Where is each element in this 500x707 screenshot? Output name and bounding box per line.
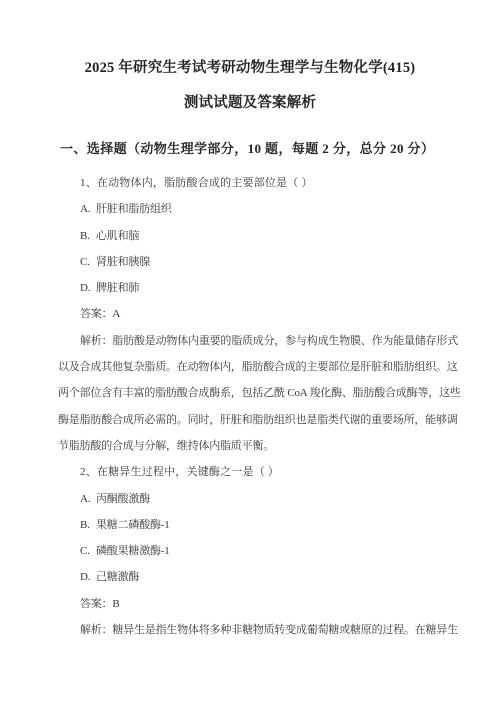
answer-label: 答案： [80,308,112,320]
option-row: C.磷酸果糖激酶-1 [58,538,464,564]
analysis-line: 节脂肪酸的合成与分解，维持体内脂质平衡。 [58,433,464,459]
section-heading: 一、选择题（动物生理学部分，10 题，每题 2 分，总分 20 分） [60,139,464,159]
document-title-line1: 2025 年研究生考试考研动物生理学与生物化学(415) [0,58,500,78]
option-label: B. [80,512,96,538]
answer-value: B [112,598,119,610]
option-row: D.脾脏和肺 [58,275,464,301]
answer-row: 答案：B [58,591,464,617]
option-text: 己糖激酶 [96,571,139,583]
analysis-line: 解析：脂肪酸是动物体内重要的脂质成分，参与构成生物膜、作为能量储存形式 [58,328,464,354]
question-block-2: 2、在糖异生过程中，关键酶之一是（ ） A.丙酮酸激酶 B.果糖二磷酸酶-1 C… [0,459,500,643]
option-text: 脾脏和肺 [96,282,139,294]
question-block-1: 1、在动物体内，脂肪酸合成的主要部位是（ ） A.肝脏和脂肪组织 B.心肌和脑 … [0,170,500,459]
option-row: B.心肌和脑 [58,223,464,249]
option-label: C. [80,538,96,564]
option-label: B. [80,223,96,249]
option-label: D. [80,564,96,590]
question-list: 1、在动物体内，脂肪酸合成的主要部位是（ ） A.肝脏和脂肪组织 B.心肌和脑 … [0,170,500,643]
option-row: A.肝脏和脂肪组织 [58,196,464,222]
option-label: A. [80,486,96,512]
answer-value: A [112,308,120,320]
option-text: 果糖二磷酸酶-1 [96,519,170,531]
option-label: D. [80,275,96,301]
option-text: 肾脏和胰腺 [96,256,150,268]
answer-row: 答案：A [58,301,464,327]
analysis-line: 解析：糖异生是指生物体将多种非糖物质转变成葡萄糖或糖原的过程。在糖异生 [58,617,464,643]
option-row: C.肾脏和胰腺 [58,249,464,275]
answer-label: 答案： [80,598,112,610]
option-text: 丙酮酸激酶 [96,493,150,505]
option-row: A.丙酮酸激酶 [58,486,464,512]
option-label: C. [80,249,96,275]
analysis-line: 酶是脂肪酸合成所必需的。同时，肝脏和脂肪组织也是脂类代谢的重要场所，能够调 [58,407,464,433]
question-stem: 1、在动物体内，脂肪酸合成的主要部位是（ ） [58,170,464,196]
option-text: 肝脏和脂肪组织 [96,203,172,215]
analysis-line: 以及合成其他复杂脂质。在动物体内，脂肪酸合成的主要部位是肝脏和脂肪组织。这 [58,354,464,380]
option-text: 磷酸果糖激酶-1 [96,545,170,557]
document-page: 2025 年研究生考试考研动物生理学与生物化学(415) 测试试题及答案解析 一… [0,0,500,707]
document-title-line2: 测试试题及答案解析 [0,93,500,113]
option-row: B.果糖二磷酸酶-1 [58,512,464,538]
analysis-line: 两个部位含有丰富的脂肪酸合成酶系，包括乙酰 CoA 羧化酶、脂肪酸合成酶等，这些 [58,380,464,406]
question-stem: 2、在糖异生过程中，关键酶之一是（ ） [58,459,464,485]
option-label: A. [80,196,96,222]
option-row: D.己糖激酶 [58,564,464,590]
option-text: 心肌和脑 [96,230,139,242]
